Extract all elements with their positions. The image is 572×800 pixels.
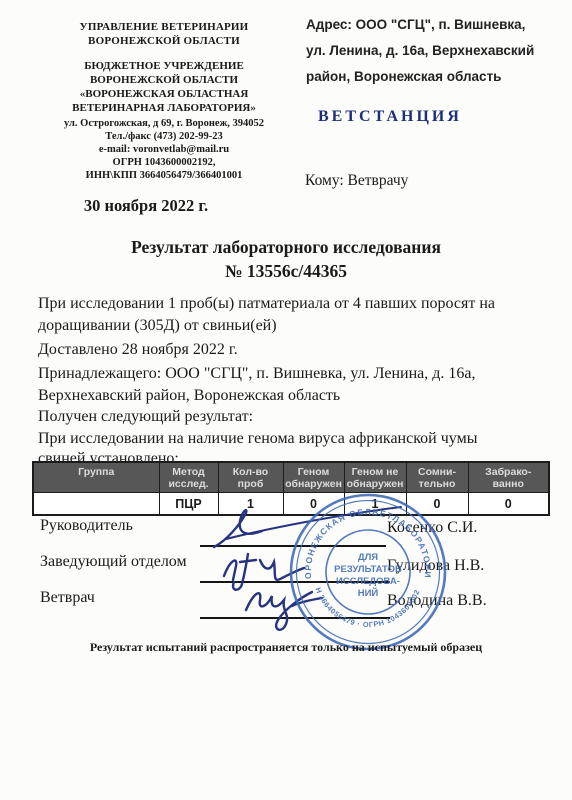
col-label: обнаружен xyxy=(284,478,344,490)
signature-role-director: Руководитель xyxy=(40,517,133,535)
col-label: тельно xyxy=(407,478,468,490)
col-rejected: Забрако- ванно xyxy=(468,462,549,493)
paragraph-line: При исследовании на наличие генома вирус… xyxy=(38,429,546,449)
sender-institution: БЮДЖЕТНОЕ УЧРЕЖДЕНИЕ ВОРОНЕЖСКОЙ ОБЛАСТИ… xyxy=(36,59,292,115)
sender-authority: УПРАВЛЕНИЕ ВЕТЕРИНАРИИ ВОРОНЕЖСКОЙ ОБЛАС… xyxy=(36,20,292,48)
sender-street: ул. Острогожская, д 69, г. Воронеж, 3940… xyxy=(36,117,292,130)
recipient-address-line: ул. Ленина, д. 16а, Верхнехавский xyxy=(306,38,558,64)
sender-institution-line: ВЕТЕРИНАРНАЯ ЛАБОРАТОРИЯ» xyxy=(36,101,292,115)
recipient-to: Кому: Ветврачу xyxy=(305,172,408,190)
document-title: Результат лабораторного исследования № 1… xyxy=(0,235,572,283)
vetstation-stamp-text: ВЕТСТАНЦИЯ xyxy=(318,108,462,126)
col-label: Метод xyxy=(160,466,218,478)
col-label: Геном не xyxy=(345,466,406,478)
sender-authority-line: ВОРОНЕЖСКОЙ ОБЛАСТИ xyxy=(36,34,292,48)
col-genome-not-found: Геном не обнаружен xyxy=(344,462,406,493)
sender-ogrn: ОГРН 1043600002192, xyxy=(36,156,292,169)
paragraph-line: доращивании (305Д) от свиньи(ей) xyxy=(38,315,546,337)
title-line: Результат лабораторного исследования xyxy=(0,235,572,259)
sender-phone: Тел./факс (473) 202-99-23 xyxy=(36,130,292,143)
col-label: Группа xyxy=(78,466,114,478)
sender-authority-line: УПРАВЛЕНИЕ ВЕТЕРИНАРИИ xyxy=(36,20,292,34)
paragraph-samples: При исследовании 1 проб(ы) патматериала … xyxy=(38,293,546,337)
recipient-address-line: район, Воронежская область xyxy=(306,64,558,90)
col-label: Сомни- xyxy=(407,466,468,478)
sender-contacts: ул. Острогожская, д 69, г. Воронеж, 3940… xyxy=(36,117,292,182)
stamp-center-line: ДЛЯ xyxy=(358,552,378,563)
document-number: № 13556с/44365 xyxy=(0,259,572,283)
stamp-center-line: РЕЗУЛЬТАТОВ xyxy=(334,564,402,575)
cell-rejected: 0 xyxy=(468,493,549,516)
recipient-address: Адрес: ООО "СГЦ", п. Вишневка, ул. Ленин… xyxy=(306,12,558,90)
laboratory-round-stamp: ВОРОНЕЖСКАЯ ОБЛВЕТЛАБОРАТОРИЯ ИНН 366405… xyxy=(286,490,450,654)
col-label: Геном xyxy=(284,466,344,478)
stamp-center-line: НИЙ xyxy=(358,587,379,599)
recipient-address-line: Адрес: ООО "СГЦ", п. Вишневка, xyxy=(306,12,558,38)
paragraph-delivered: Доставлено 28 ноября 2022 г. xyxy=(38,339,546,361)
paragraph-owner: Принадлежащего: ООО "СГЦ", п. Вишневка, … xyxy=(38,363,546,407)
col-label: исслед. xyxy=(160,478,218,490)
paragraph-line: При исследовании 1 проб(ы) патматериала … xyxy=(38,293,546,315)
document-page: УПРАВЛЕНИЕ ВЕТЕРИНАРИИ ВОРОНЕЖСКОЙ ОБЛАС… xyxy=(0,0,572,800)
paragraph-line: Верхнехавский район, Воронежская область xyxy=(38,385,546,407)
document-date: 30 ноября 2022 г. xyxy=(36,196,256,216)
col-doubtful: Сомни- тельно xyxy=(406,462,468,493)
cell-group xyxy=(33,493,159,516)
table-header-row: Группа Метод исслед. Кол-во проб Геном о… xyxy=(33,462,549,493)
col-group: Группа xyxy=(33,462,159,493)
sender-institution-line: БЮДЖЕТНОЕ УЧРЕЖДЕНИЕ xyxy=(36,59,292,73)
col-method: Метод исслед. xyxy=(159,462,218,493)
footer-disclaimer: Результат испытаний распространяется тол… xyxy=(0,640,572,655)
col-label: Забрако- xyxy=(469,466,549,478)
signature-role-vet: Ветврач xyxy=(40,589,95,607)
col-sample-count: Кол-во проб xyxy=(218,462,283,493)
col-label: обнаружен xyxy=(345,478,406,490)
col-label: Кол-во проб xyxy=(233,466,268,490)
stamp-center-line: ИССЛЕДОВА- xyxy=(336,576,400,587)
paragraph-line: Принадлежащего: ООО "СГЦ", п. Вишневка, … xyxy=(38,363,546,385)
paragraph-result-intro: Получен следующий результат: xyxy=(38,406,546,428)
col-label: ванно xyxy=(469,478,549,490)
sender-inn: ИНН\КПП 3664056479/366401001 xyxy=(36,169,292,182)
signature-role-dept-head: Заведующий отделом xyxy=(40,553,187,571)
sender-institution-line: ВОРОНЕЖСКОЙ ОБЛАСТИ xyxy=(36,73,292,87)
col-genome-found: Геном обнаружен xyxy=(283,462,344,493)
sender-email: e-mail: voronvetlab@mail.ru xyxy=(36,143,292,156)
sender-block: УПРАВЛЕНИЕ ВЕТЕРИНАРИИ ВОРОНЕЖСКОЙ ОБЛАС… xyxy=(36,20,292,182)
sender-institution-line: «ВОРОНЕЖСКАЯ ОБЛАСТНАЯ xyxy=(36,87,292,101)
